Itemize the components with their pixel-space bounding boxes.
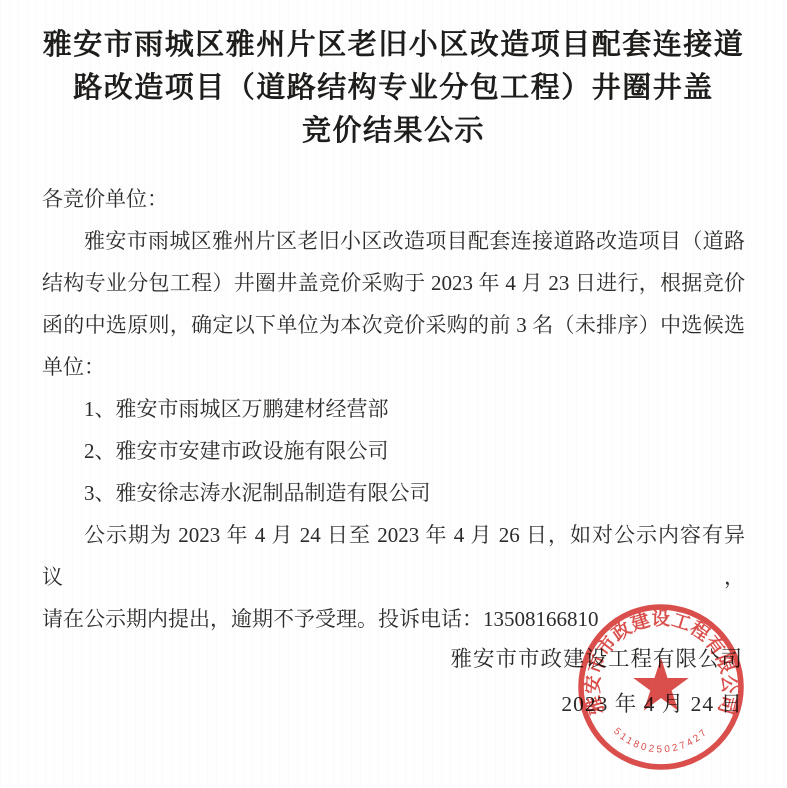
body-line: 雅安市雨城区雅州片区老旧小区改造项目配套连接道路改造项目（道路 [42,220,745,262]
title-line-1: 雅安市雨城区雅州片区老旧小区改造项目配套连接道 [40,24,747,67]
title-line-3: 竞价结果公示 [40,110,747,153]
document-body: 各竞价单位： 雅安市雨城区雅州片区老旧小区改造项目配套连接道路改造项目（道路 结… [42,178,745,640]
announcement-document: 雅安市雨城区雅州片区老旧小区改造项目配套连接道 路改造项目（道路结构专业分包工程… [0,0,787,788]
title-line-2: 路改造项目（道路结构专业分包工程）井圈井盖 [40,67,747,110]
candidate-item: 3、雅安徐志涛水泥制品制造有限公司 [42,472,745,514]
candidate-item: 1、雅安市雨城区万鹏建材经营部 [42,388,745,430]
seal-serial-number: 5118025027427 [611,726,711,755]
body-line: 单位： [42,346,745,388]
document-title: 雅安市雨城区雅州片区老旧小区改造项目配套连接道 路改造项目（道路结构专业分包工程… [0,24,787,153]
body-line: 函的中选原则，确定以下单位为本次竞价采购的前 3 名（未排序）中选候选 [42,304,745,346]
candidate-item: 2、雅安市安建市政设施有限公司 [42,430,745,472]
body-line: 公示期为 2023 年 4 月 24 日至 2023 年 4 月 26 日，如对… [42,514,745,598]
body-line: 结构专业分包工程）井圈井盖竞价采购于 2023 年 4 月 23 日进行，根据竞… [42,262,745,304]
star-icon [633,658,689,711]
salutation: 各竞价单位： [42,178,745,220]
company-seal: 雅安市市政建设工程有限公司 5118025027427 [575,601,747,773]
